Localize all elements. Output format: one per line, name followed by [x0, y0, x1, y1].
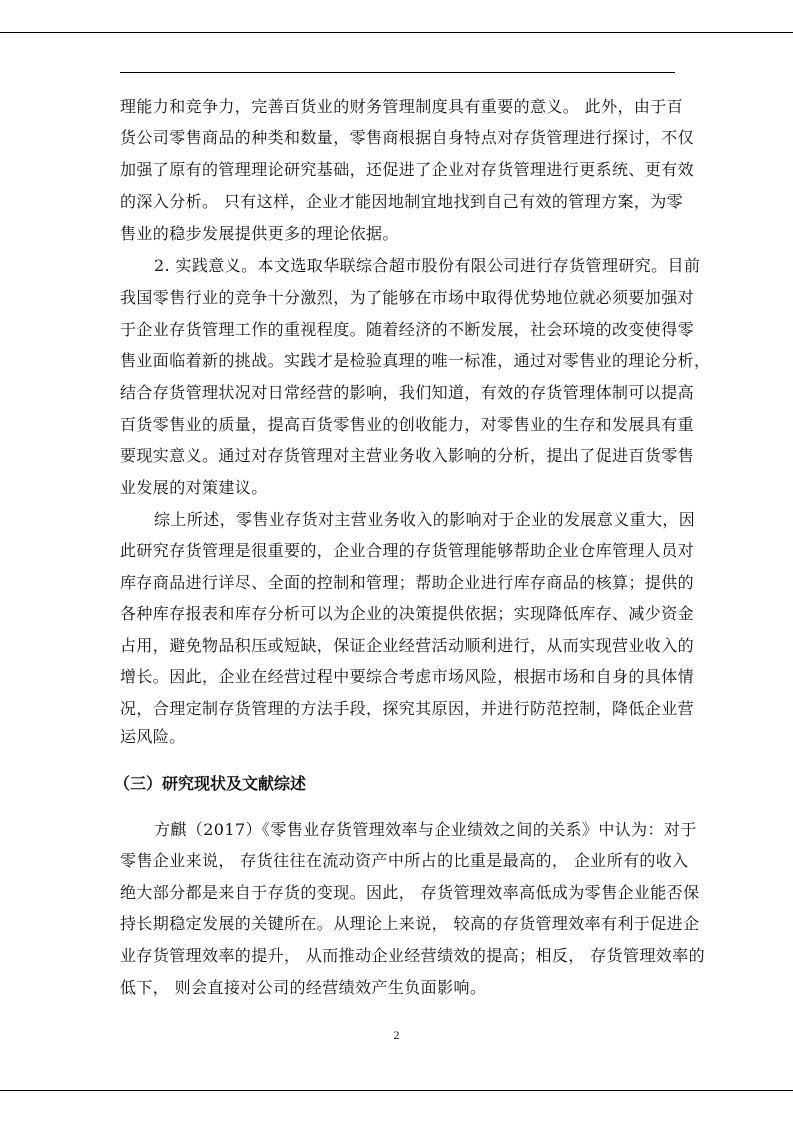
text-line: 结合存货管理状况对日常经营的影响，我们知道，有效的存货管理体制可以提高 [120, 383, 673, 403]
text-line: 于企业存货管理工作的重视程度。随着经济的不断发展，社会环境的改变使得零 [120, 320, 673, 340]
text-line: 要现实意义。通过对存货管理对主营业务收入影响的分析，提出了促进百货零售 [120, 446, 673, 466]
text-line: 库存商品进行详尽、全面的控制和管理；帮助企业进行库存商品的核算；提供的 [120, 573, 673, 593]
text-line: 增长。因此，企业在经营过程中要综合考虑市场风险，根据市场和自身的具体情 [120, 667, 673, 687]
text-line: 百货零售业的质量，提高百货零售业的创收能力，对零售业的生存和发展具有重 [120, 415, 673, 435]
text-line: 售业面临着新的挑战。实践才是检验真理的唯一标准，通过对零售业的理论分析， [120, 351, 673, 371]
text-line: 我国零售行业的竞争十分激烈，为了能够在市场中取得优势地位就必须要加强对 [120, 288, 673, 308]
page-bottom-border [0, 1090, 793, 1091]
text-line: 况，合理定制存货管理的方法手段，探究其原因，并进行防范控制，降低企业营 [120, 699, 673, 719]
text-line: 零售企业来说， 存货往往在流动资产中所占的比重是最高的， 企业所有的收入 [120, 851, 673, 871]
text-line: 货公司零售商品的种类和数量，零售商根据自身特点对存货管理进行探讨，不仅 [120, 128, 673, 148]
text-line: 的深入分析。 只有这样，企业才能因地制宜地找到自己有效的管理方案，为零 [120, 192, 673, 212]
text-line: 业存货管理效率的提升， 从而推动企业经营绩效的提高；相反， 存货管理效率的 [120, 946, 673, 966]
text-line: 售业的稳步发展提供更多的理论依据。 [120, 224, 673, 244]
text-line: 低下， 则会直接对公司的经营绩效产生负面影响。 [120, 978, 673, 998]
text-line: 加强了原有的管理理论研究基础，还促进了企业对存货管理进行更系统、更有效 [120, 160, 673, 180]
header-rule [120, 72, 675, 73]
page-top-border [0, 32, 793, 33]
text-line: 此研究存货管理是很重要的，企业合理的存货管理能够帮助企业仓库管理人员对 [120, 541, 673, 561]
text-line: 运风险。 [120, 727, 673, 747]
text-line: 方麒（2017）《零售业存货管理效率与企业绩效之间的关系》中认为：对于 [154, 820, 673, 840]
text-line: 持长期稳定发展的关键所在。从理论上来说， 较高的存货管理效率有利于促进企 [120, 914, 673, 934]
text-line: 绝大部分都是来自于存货的变现。因此， 存货管理效率高低成为零售企业能否保 [120, 883, 673, 903]
text-line: 2. 实践意义。本文选取华联综合超市股份有限公司进行存货管理研究。目前 [154, 256, 673, 276]
text-line: 理能力和竞争力，完善百货业的财务管理制度具有重要的意义。 此外，由于百 [120, 97, 673, 117]
text-line: 业发展的对策建议。 [120, 478, 673, 498]
text-line: 各种库存报表和库存分析可以为企业的决策提供依据；实现降低库存、减少资金 [120, 604, 673, 624]
text-line: 综上所述，零售业存货对主营业务收入的影响对于企业的发展意义重大，因 [154, 510, 673, 530]
section-heading: （三）研究现状及文献综述 [114, 774, 306, 794]
text-line: 占用，避免物品积压或短缺，保证企业经营活动顺利进行，从而实现营业收入的 [120, 636, 673, 656]
page-number: 2 [0, 1028, 793, 1042]
